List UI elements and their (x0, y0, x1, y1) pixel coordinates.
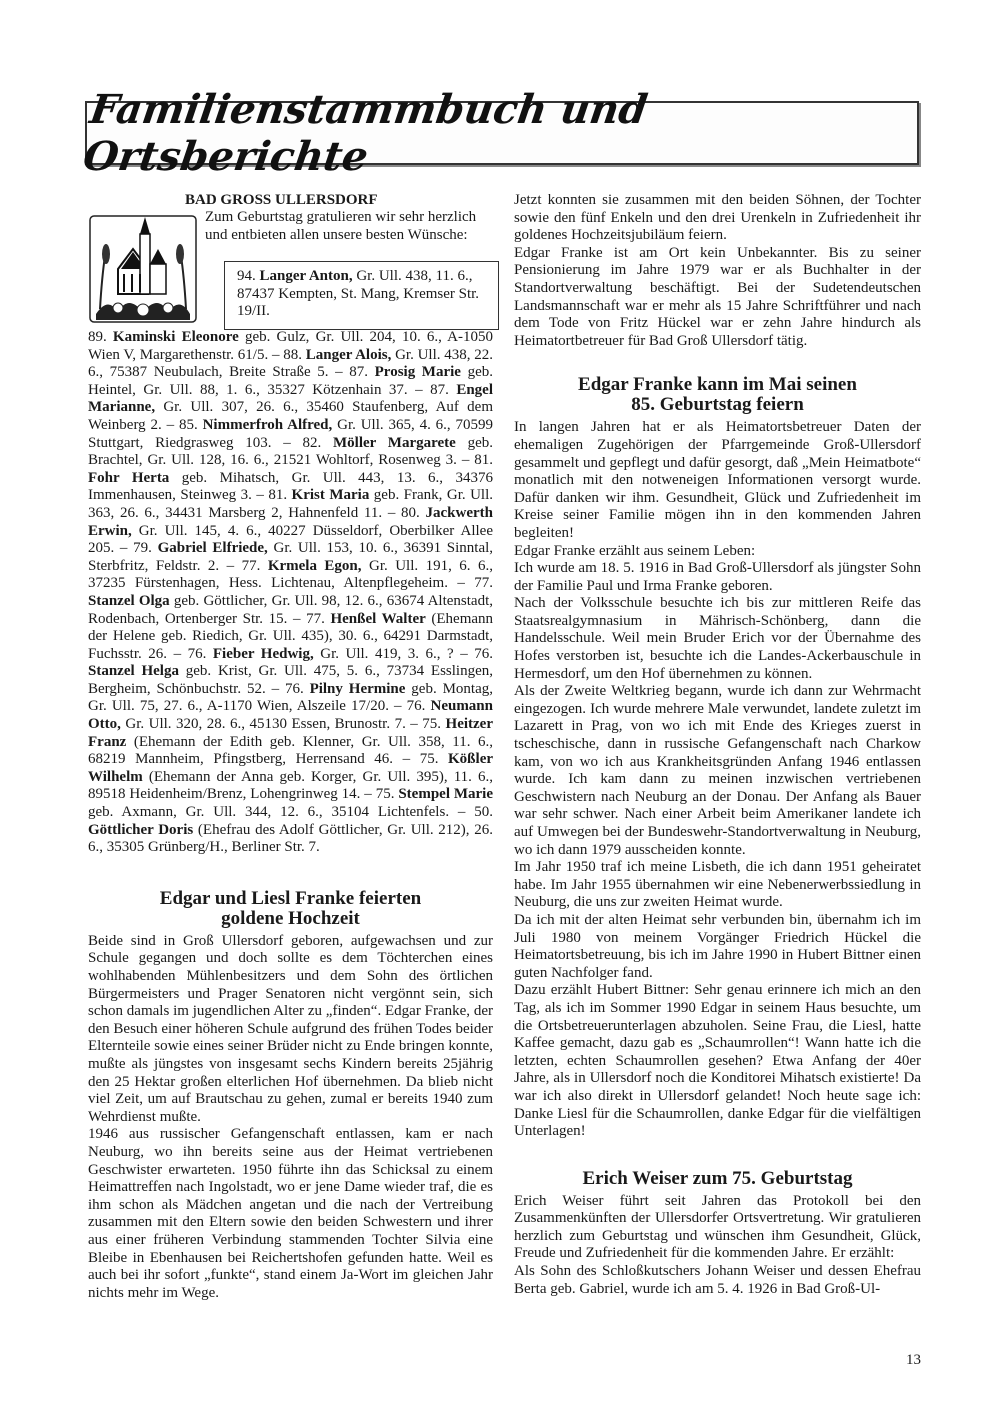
entry-age: 79. (133, 540, 157, 556)
entry-age: 81. (474, 452, 493, 468)
entry-age: 82. (303, 435, 334, 451)
entry-name: Langer Alois, (306, 347, 392, 363)
entry-age: 89. (88, 329, 113, 345)
entry-age: 87. (349, 364, 374, 380)
page-number: 13 (906, 1352, 921, 1369)
entry-details: Gr. Ull. 419, 3. 6., ? – (314, 646, 475, 662)
entry-name: Prosig Marie (375, 364, 461, 380)
entry-details: Gr. Ull. 320, 28. 6., 45130 Essen, Bruno… (121, 716, 422, 732)
title-line: Edgar und Liesl Franke feierten (160, 888, 421, 909)
article-paragraph: Da ich mit der alten Heimat sehr verbund… (514, 912, 921, 982)
article-paragraph: Nach der Volksschule besuchte ich bis zu… (514, 595, 921, 683)
entry-name: Krist Maria (292, 487, 370, 503)
article-paragraph: Beide sind in Groß Ullersdorf geboren, a… (88, 933, 493, 1127)
article-title: Edgar Franke kann im Mai seinen 85. Gebu… (514, 375, 921, 415)
title-line: goldene Hochzeit (221, 908, 360, 929)
entry-name: Göttlicher Doris (88, 822, 193, 838)
entry-details: geb. Axmann, Gr. Ull. 344, 12. 6., 35104… (88, 804, 474, 820)
birthday-list: 89. Kaminski Eleonore geb. Gulz, Gr. Ull… (88, 329, 493, 857)
entry-age: 94. (237, 268, 260, 284)
article-paragraph: Edgar Franke ist am Ort kein Unbekannter… (514, 245, 921, 351)
entry-age: 75. (420, 751, 448, 767)
entry-age: 88. (283, 347, 306, 363)
title-line: 85. Geburtstag feiern (631, 394, 804, 415)
highlighted-birthday-box: 94. Langer Anton, Gr. Ull. 438, 11. 6., … (224, 261, 499, 330)
article-paragraph: Als der Zweite Weltkrieg begann, wurde i… (514, 683, 921, 859)
entry-name: Henßel Walter (330, 611, 425, 627)
entry-name: Fieber Hedwig, (213, 646, 314, 662)
location-intro: BAD GROSS ULLERSDORF Zum Geburts (88, 192, 493, 327)
location-title: BAD GROSS ULLERSDORF (185, 192, 378, 210)
church-emblem-icon (88, 214, 198, 324)
section-banner: Familienstammbuch und Ortsberichte (85, 101, 919, 165)
entry-age: 77. (242, 558, 268, 574)
article-paragraph: Dazu erzählt Hubert Bittner: Sehr genau … (514, 982, 921, 1140)
banner-title: Familienstammbuch und Ortsberichte (80, 86, 923, 180)
article-paragraph: Erich Weiser führt seit Jahren das Proto… (514, 1193, 921, 1263)
article-title: Erich Weiser zum 75. Geburtstag (514, 1169, 921, 1189)
article-paragraph: Jetzt konnten sie zusammen mit den beide… (514, 192, 921, 245)
article-paragraph: Edgar Franke erzählt aus seinem Leben: (514, 543, 921, 561)
title-line: Edgar Franke kann im Mai seinen (578, 374, 857, 395)
entry-age: 80. (401, 505, 425, 521)
entry-name: Stanzel Olga (88, 593, 170, 609)
entry-age: 76. (188, 646, 213, 662)
entry-name: Gabriel Elfriede, (158, 540, 268, 556)
entry-name: Pilny Hermine (310, 681, 406, 697)
article-paragraph: In langen Jahren hat er als Heimatortsbe… (514, 419, 921, 542)
entry-age: 76. (474, 646, 493, 662)
entry-age: 76. (285, 681, 310, 697)
entry-name: Stempel Marie (398, 786, 493, 802)
greeting-line: Zum Geburtstag gratulieren wir sehr herz… (205, 209, 495, 227)
entry-name: Kaminski Eleonore (113, 329, 239, 345)
entry-age: 85. (179, 417, 203, 433)
entry-age: 77. (474, 575, 493, 591)
article-paragraph: Ich wurde am 18. 5. 1916 in Bad Groß-Ull… (514, 560, 921, 595)
entry-age: 77. (306, 611, 330, 627)
entry-age: 75. (376, 786, 399, 802)
right-column: Jetzt konnten sie zusammen mit den beide… (514, 192, 921, 1298)
entry-age: 76. (407, 698, 431, 714)
entry-age: 81. (268, 487, 291, 503)
article-title: Edgar und Liesl Franke feierten goldene … (88, 889, 493, 929)
entry-age: 50. (474, 804, 493, 820)
left-column: BAD GROSS ULLERSDORF Zum Geburts (88, 192, 493, 1302)
entry-name: Langer Anton, (260, 268, 353, 284)
entry-name: Möller Margarete (333, 435, 456, 451)
article-paragraph: Als Sohn des Schloßkutschers Johann Weis… (514, 1263, 921, 1298)
entry-name: Stanzel Helga (88, 663, 179, 679)
article-paragraph: 1946 aus russischer Gefangenschaft entla… (88, 1126, 493, 1302)
entry-name: Fohr Herta (88, 470, 169, 486)
entry-age: 75. (422, 716, 445, 732)
greeting-line: und entbieten allen unsere besten Wünsch… (205, 227, 495, 245)
greeting-text: Zum Geburtstag gratulieren wir sehr herz… (205, 209, 495, 244)
entry-name: Krmela Egon, (268, 558, 362, 574)
entry-age: 87. (430, 382, 456, 398)
entry-name: Nimmerfroh Alfred, (203, 417, 333, 433)
article-paragraph: Im Jahr 1950 traf ich meine Lisbeth, die… (514, 859, 921, 912)
